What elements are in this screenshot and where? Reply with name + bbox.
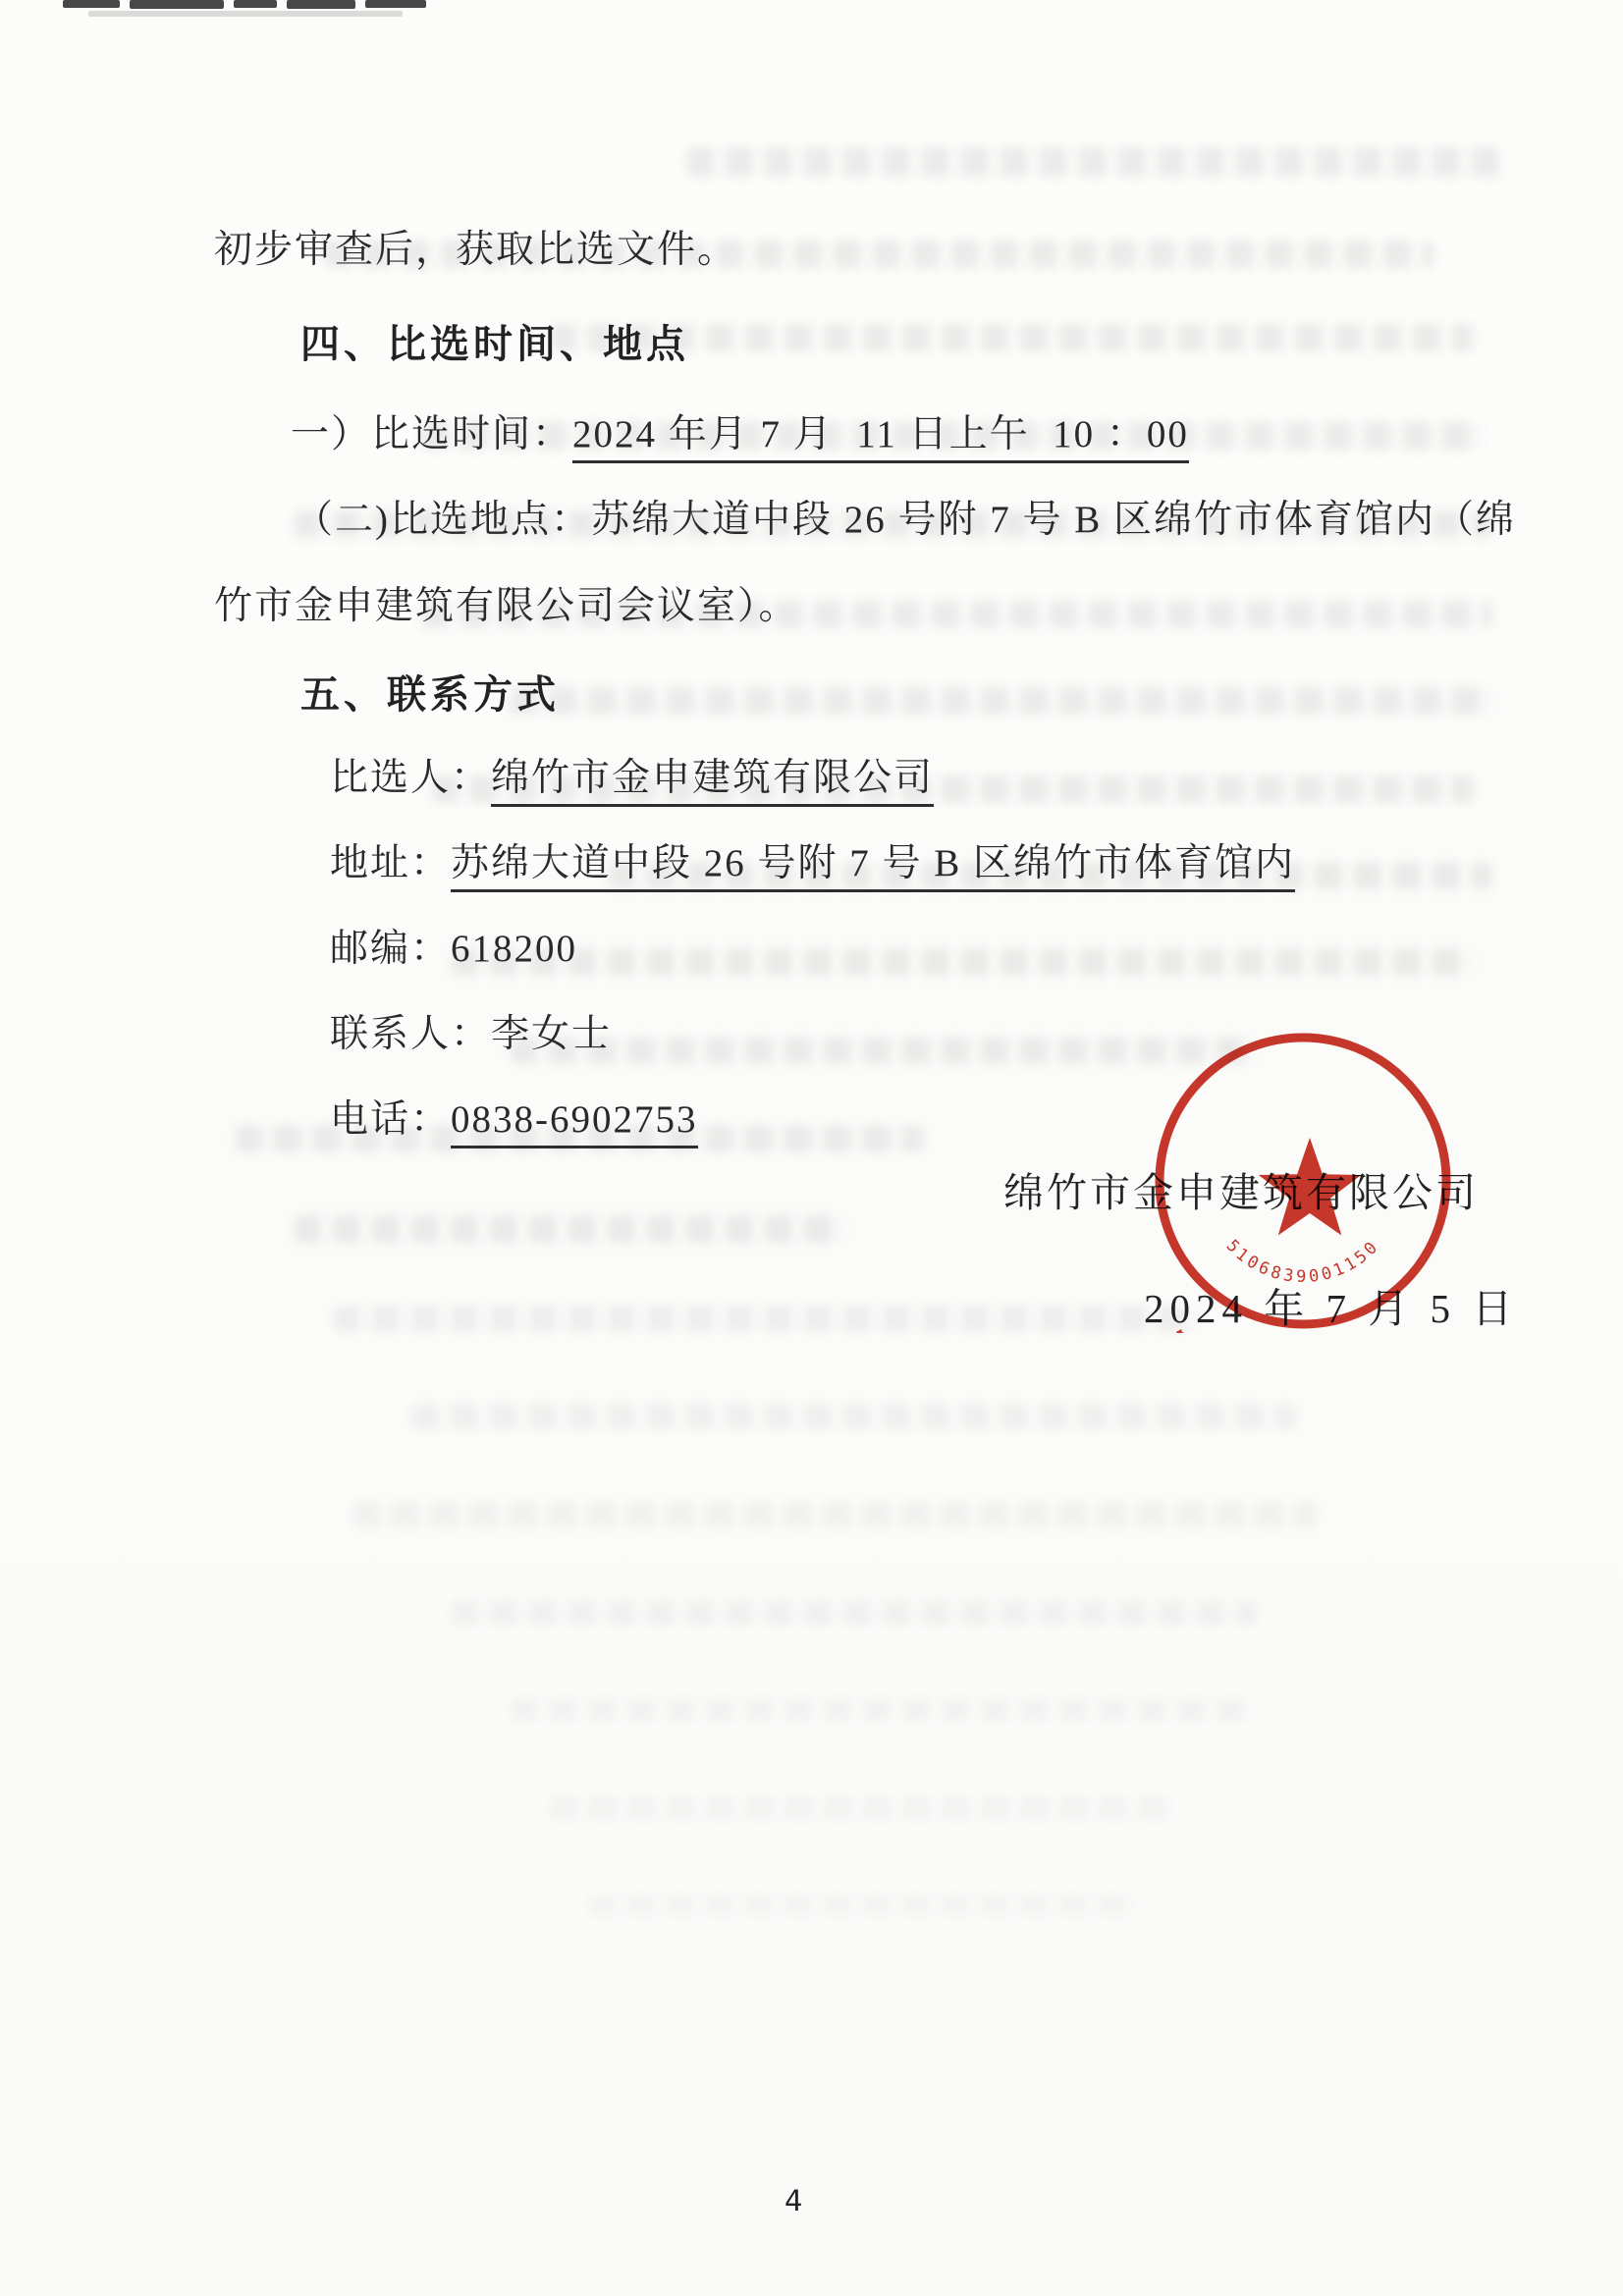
postcode-label: 邮编： bbox=[330, 928, 451, 970]
selection-time-label: 一）比选时间： bbox=[291, 413, 572, 455]
phone-line: 电话：0838-6902753 bbox=[330, 1097, 698, 1143]
selection-place-value-1: 苏绵大道中段 26 号附 7 号 B 区绵竹市体育馆内（绵 bbox=[591, 499, 1516, 541]
postcode-line: 邮编：618200 bbox=[330, 927, 577, 972]
seal-star-icon bbox=[1259, 1138, 1362, 1236]
selector-line: 比选人：绵竹市金申建筑有限公司 bbox=[330, 756, 934, 801]
selection-place-line-2: 竹市金申建筑有限公司会议室）。 bbox=[214, 584, 799, 629]
seal-serial-number: 5106839001150 bbox=[1222, 1236, 1384, 1287]
intro-line: 初步审查后，获取比选文件。 bbox=[214, 228, 737, 273]
address-line: 地址：苏绵大道中段 26 号附 7 号 B 区绵竹市体育馆内 bbox=[330, 841, 1295, 886]
section-five-heading: 五、联系方式 bbox=[300, 672, 560, 719]
address-label: 地址： bbox=[330, 842, 451, 884]
selection-time-line: 一）比选时间：2024 年月 7 月 11 日上午 10 ：00 bbox=[291, 412, 1189, 457]
address-value: 苏绵大道中段 26 号附 7 号 B 区绵竹市体育馆内 bbox=[451, 842, 1295, 892]
contact-person-line: 联系人：李女士 bbox=[330, 1012, 612, 1057]
scanned-document-page: 初步审查后，获取比选文件。 四、比选时间、地点 一）比选时间：2024 年月 7… bbox=[0, 0, 1623, 2296]
page-number: 4 bbox=[784, 2184, 804, 2217]
section-four-heading: 四、比选时间、地点 bbox=[300, 322, 689, 368]
selector-label: 比选人： bbox=[330, 757, 491, 799]
postcode-value: 618200 bbox=[451, 928, 577, 970]
selection-place-line-1: （二)比选地点：苏绵大道中段 26 号附 7 号 B 区绵竹市体育馆内（绵 bbox=[295, 498, 1516, 543]
selector-value: 绵竹市金申建筑有限公司 bbox=[491, 757, 934, 807]
contact-person-label: 联系人： bbox=[330, 1013, 491, 1055]
selection-place-label: （二)比选地点： bbox=[295, 499, 591, 541]
company-seal-stamp: 绵竹市金申建筑有限公司 5106839001150 bbox=[1151, 1029, 1455, 1333]
selection-time-value: 2024 年月 7 月 11 日上午 10 ：00 bbox=[572, 413, 1189, 463]
phone-label: 电话： bbox=[330, 1098, 451, 1141]
contact-person-value: 李女士 bbox=[491, 1013, 612, 1055]
phone-value: 0838-6902753 bbox=[451, 1098, 698, 1148]
